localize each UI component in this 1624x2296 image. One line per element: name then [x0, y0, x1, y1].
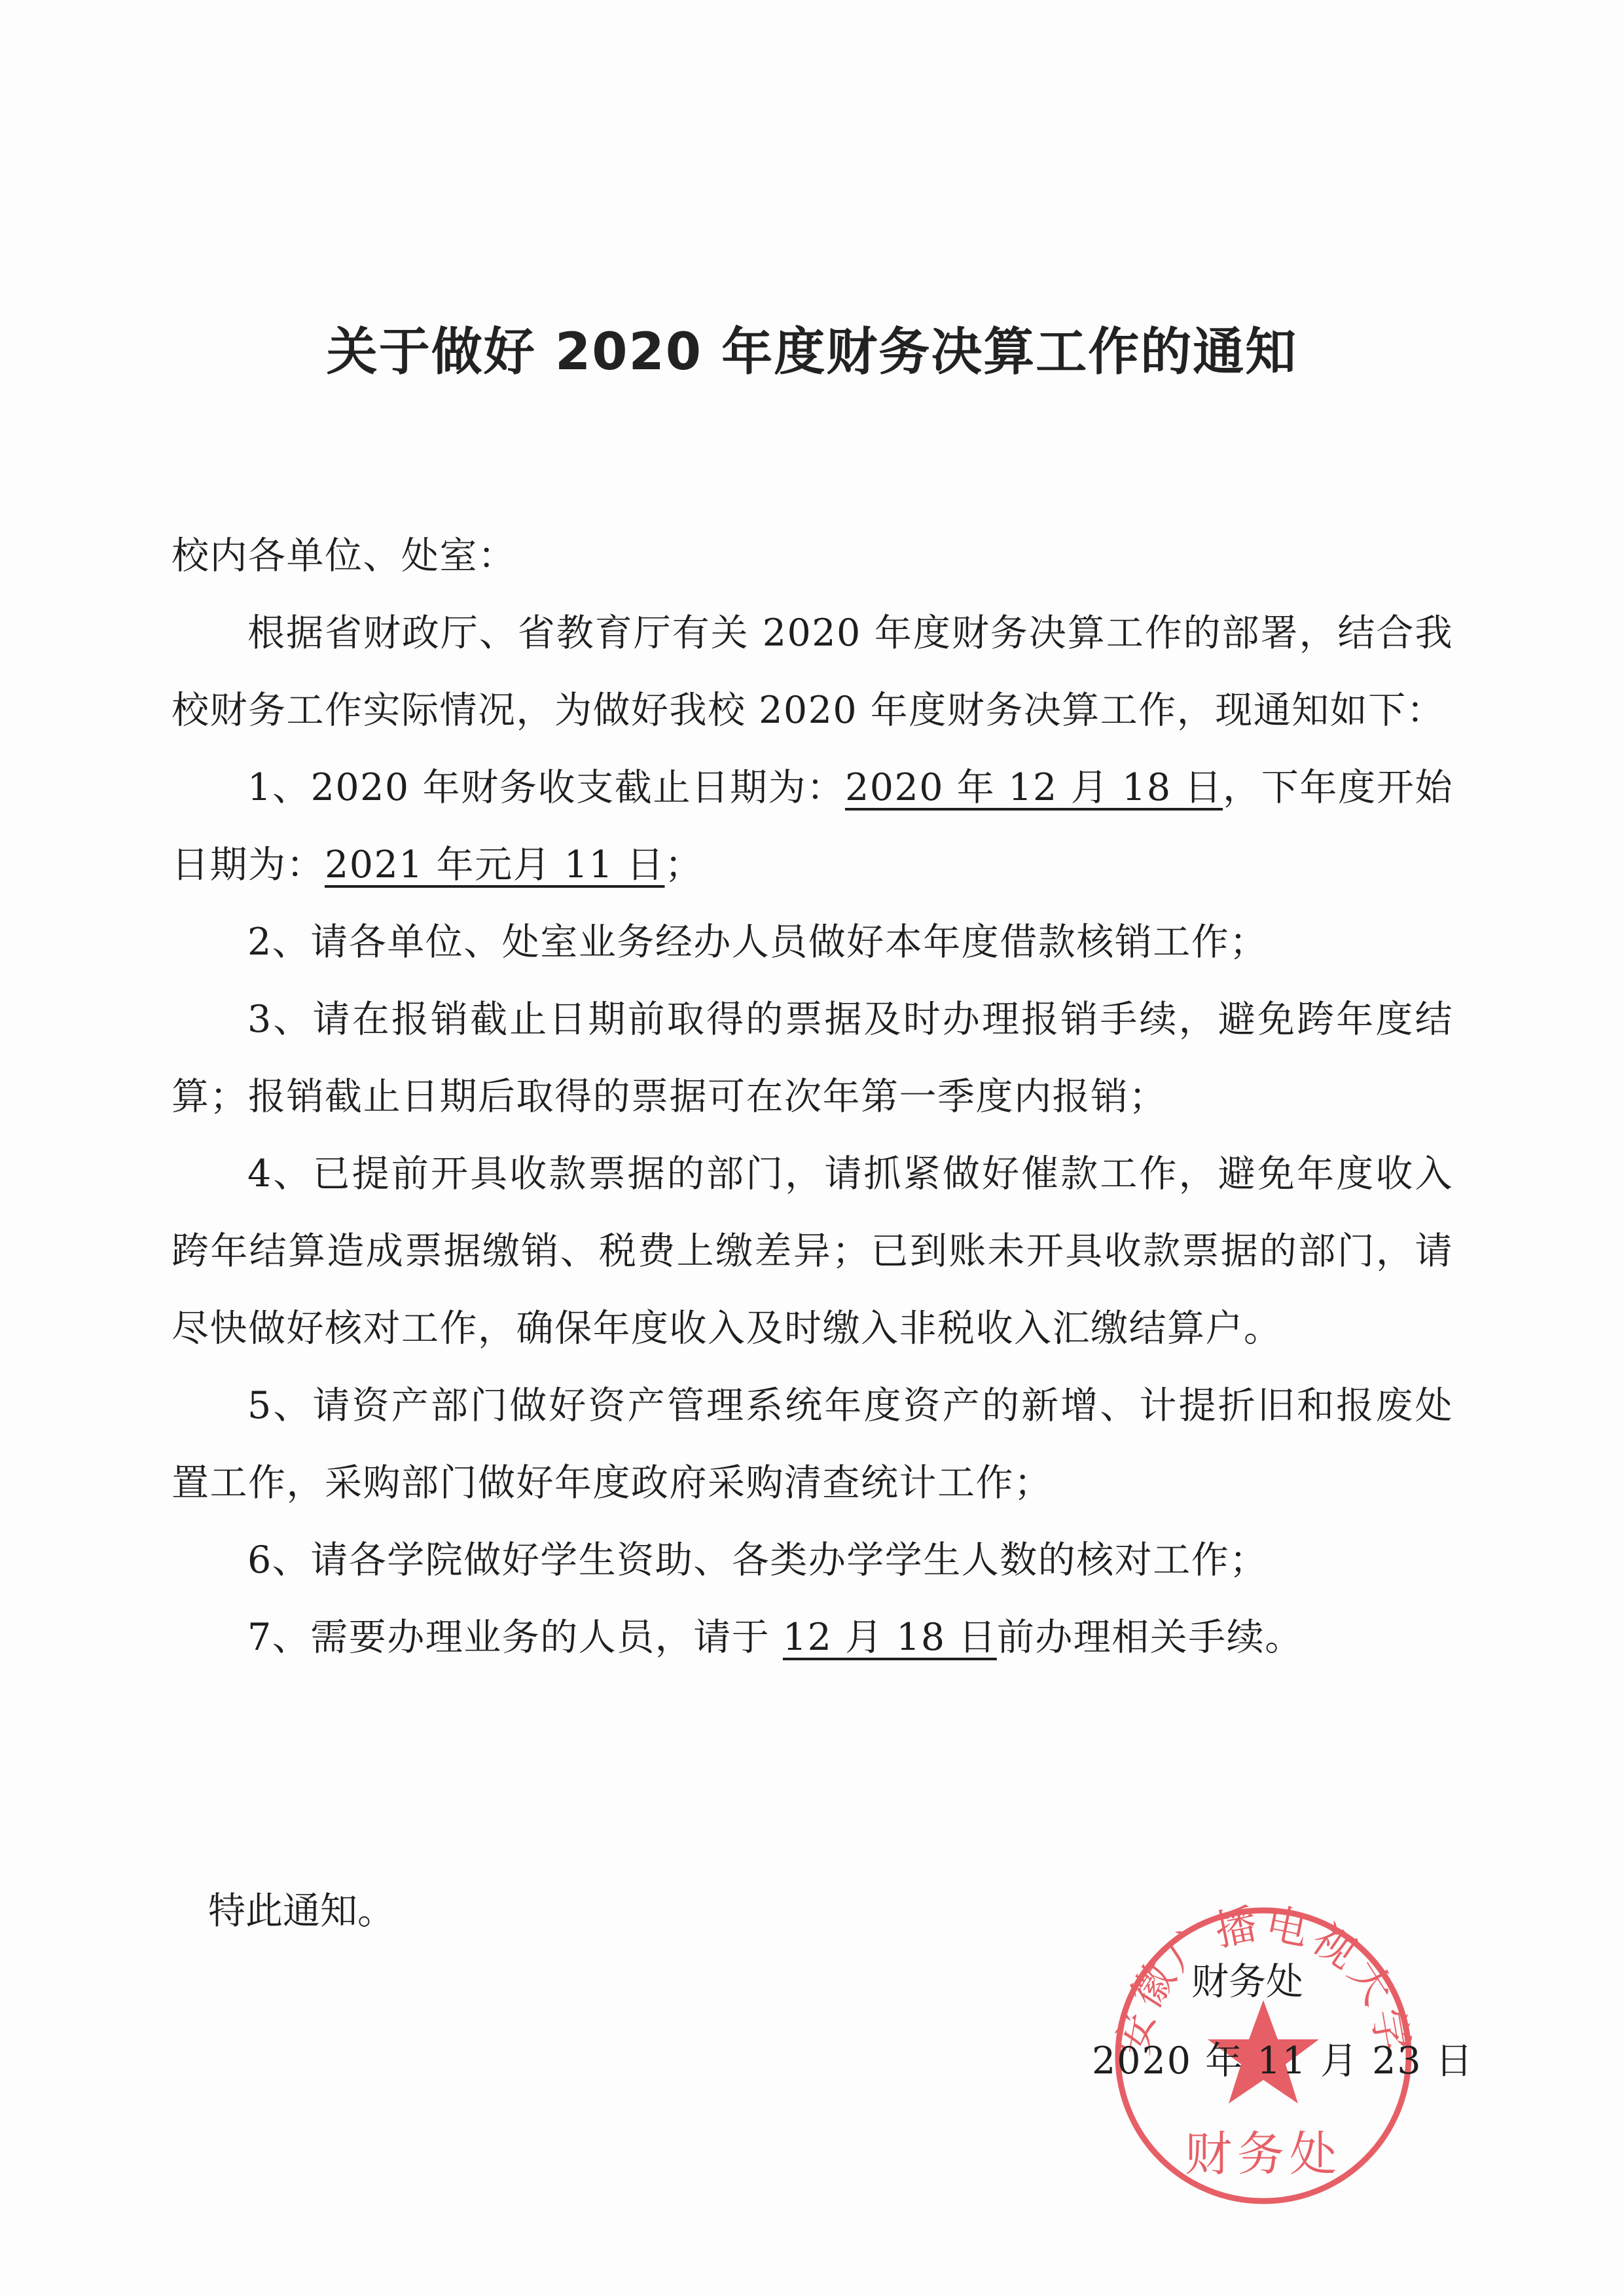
salutation: 校内各单位、处室： — [171, 517, 1453, 594]
closing-date: 2020 年 12 月 18 日 — [845, 766, 1223, 809]
item-1-prefix: 1、2020 年财务收支截止日期为： — [247, 766, 845, 809]
document-title: 关于做好 2020 年度财务决算工作的通知 — [0, 319, 1624, 385]
item-7-suffix: 前办理相关手续。 — [997, 1616, 1303, 1659]
document-page: 关于做好 2020 年度财务决算工作的通知 校内各单位、处室： 根据省财政厅、省… — [0, 0, 1624, 2296]
list-item-5: 5、请资产部门做好资产管理系统年度资产的新增、计提折旧和报废处置工作，采购部门做… — [171, 1367, 1453, 1522]
closing-line: 特此通知。 — [208, 1872, 395, 1950]
document-body: 校内各单位、处室： 根据省财政厅、省教育厅有关 2020 年度财务决算工作的部署… — [171, 517, 1453, 1676]
opening-date: 2021 年元月 11 日 — [325, 843, 664, 886]
item-1-suffix: ； — [664, 843, 703, 886]
list-item-3: 3、请在报销截止日期前取得的票据及时办理报销手续，避免跨年度结算；报销截止日期后… — [171, 981, 1453, 1135]
stamp-bottom-text: 财务处 — [1185, 2126, 1342, 2181]
list-item-6: 6、请各学院做好学生资助、各类办学学生人数的核对工作； — [171, 1522, 1453, 1599]
list-item-1: 1、2020 年财务收支截止日期为：2020 年 12 月 18 日，下年度开始… — [171, 749, 1453, 903]
signature-department: 财务处 — [1191, 1956, 1303, 2008]
signature-date: 2020 年 11 月 23 日 — [1092, 2035, 1474, 2087]
intro-paragraph: 根据省财政厅、省教育厅有关 2020 年度财务决算工作的部署，结合我校财务工作实… — [171, 594, 1453, 749]
list-item-7: 7、需要办理业务的人员，请于 12 月 18 日前办理相关手续。 — [171, 1599, 1453, 1676]
deadline-date: 12 月 18 日 — [783, 1616, 997, 1659]
item-7-prefix: 7、需要办理业务的人员，请于 — [247, 1616, 783, 1659]
list-item-2: 2、请各单位、处室业务经办人员做好本年度借款核销工作； — [171, 903, 1453, 981]
list-item-4: 4、已提前开具收款票据的部门，请抓紧做好催款工作，避免年度收入跨年结算造成票据缴… — [171, 1135, 1453, 1367]
